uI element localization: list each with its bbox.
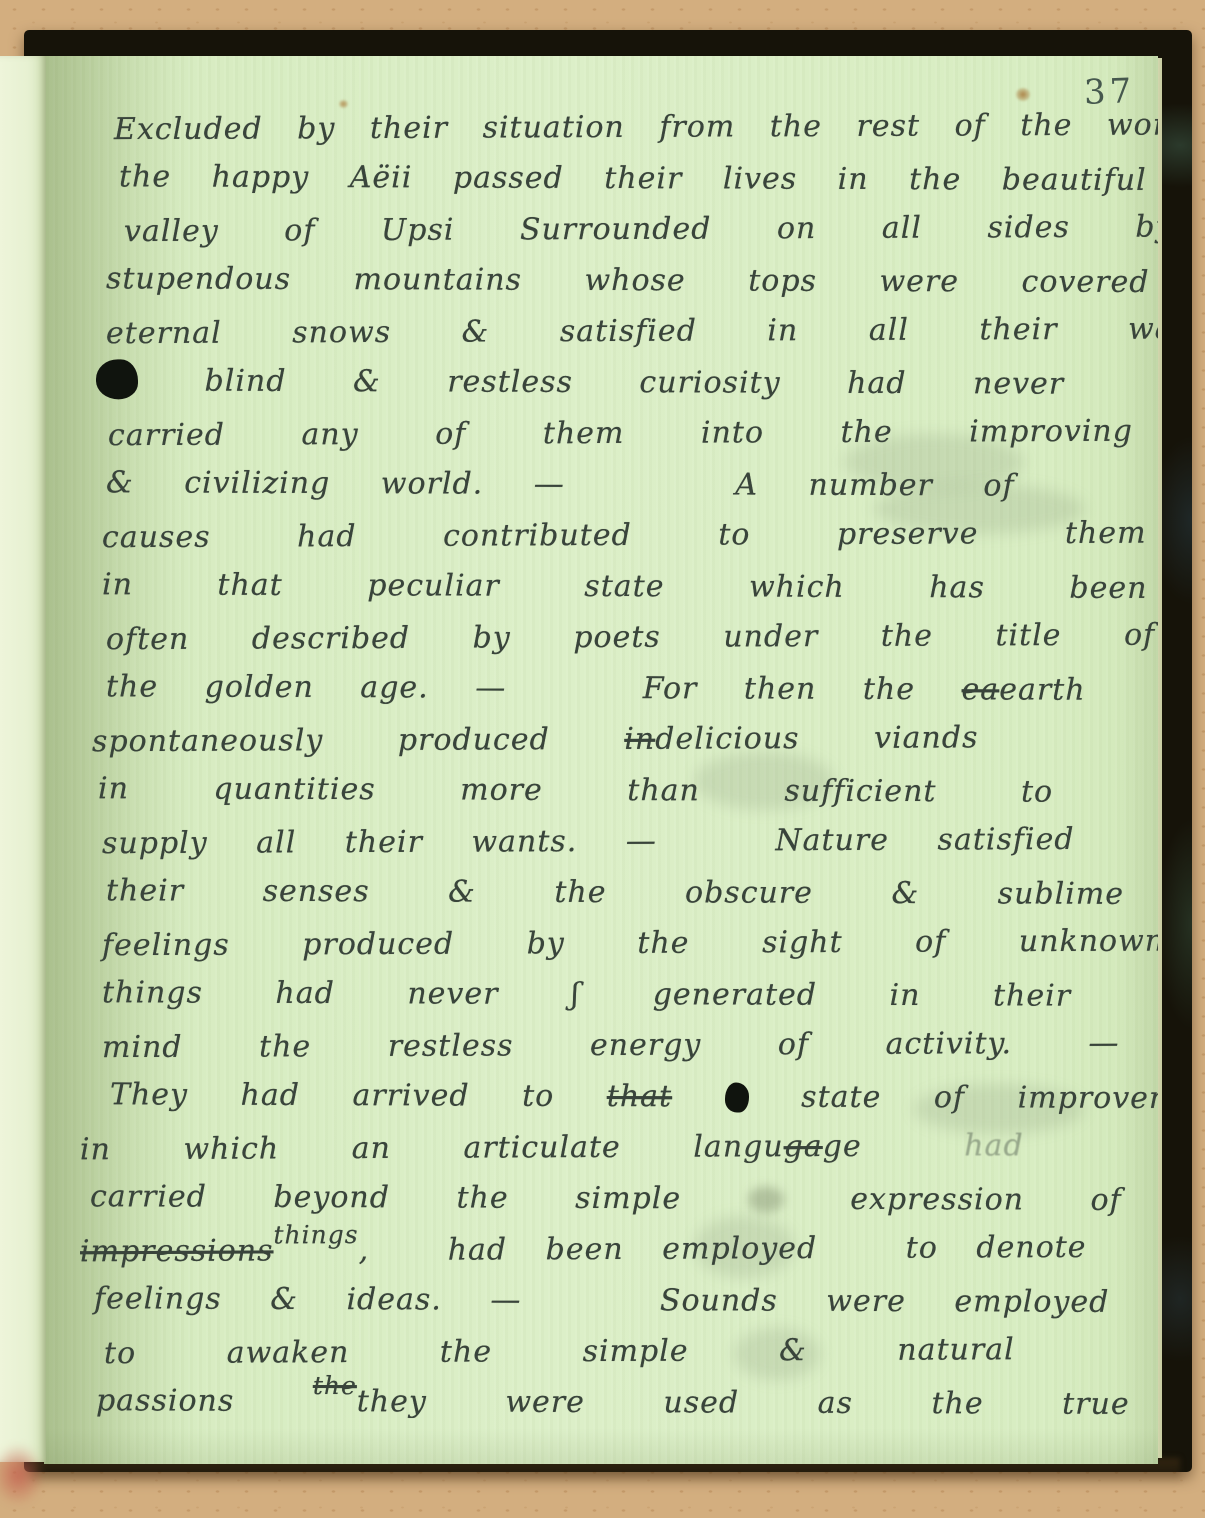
manuscript-segment: feelings produced by the sight of unknow… [102,924,1158,964]
manuscript-segment: For then the [643,671,915,707]
manuscript-segment: eternal snows & satisfied in all their w… [106,311,1158,351]
manuscript-line: blind & restless curiosity had never [44,355,1158,410]
manuscript-line: the golden age. — For then the eaearth [44,661,1158,716]
manuscript-segment: they [357,1384,427,1419]
manuscript-segment: had been employed [448,1231,818,1268]
manuscript-line: carried any of them into the improving [44,406,1158,462]
manuscript-line: feelings & ideas. — Sounds were employed [44,1273,1158,1328]
manuscript-segment: Excluded by their situation from the res… [114,107,1158,147]
manuscript-segment: & civilizing world. — [106,465,565,502]
manuscript-segment: spontaneously produced [92,722,550,759]
manuscript-line: feelings produced by the sight of unknow… [44,916,1158,972]
manuscript-segment: in that peculiar state which has been [102,567,1148,606]
manuscript-line: their senses & the obscure & sublime [44,865,1158,920]
manuscript-segment-blot [96,359,138,399]
manuscript-segment: often described by poets under the title… [106,618,1155,658]
manuscript-segment: Sounds were employed [660,1283,1110,1320]
manuscript-line: in that peculiar state which has been [44,559,1158,614]
manuscript-segment: in which an articulate [80,1130,621,1167]
manuscript-segment: things had never [102,975,499,1011]
blurred-foreground-object [0,1444,44,1506]
manuscript-segment: ʃ [571,977,580,1012]
manuscript-segment: delicious viands [655,720,978,756]
manuscript-line: Excluded by their situation from the res… [44,100,1158,156]
manuscript-line: passions thethey were used as the true [44,1375,1158,1430]
manuscript-line: & civilizing world. — A number of [44,457,1158,512]
manuscript-page: 37 Excluded by their situation from the … [44,56,1158,1464]
manuscript-segment: ge [823,1129,862,1164]
manuscript-segment: A number of [735,467,1014,503]
manuscript-line: causes had contributed to preserve them [44,508,1158,564]
manuscript-line: mind the restless energy of activity. — [44,1018,1158,1074]
manuscript-segment: causes had contributed to preserve them [102,516,1147,556]
manuscript-line: in which an articulate langugage had [44,1120,1158,1176]
manuscript-segment: in quantities more than sufficient to [98,771,1053,809]
manuscript-segment-faint: had [964,1128,1024,1163]
manuscript-segment-smudge [748,1187,784,1213]
manuscript-segment-strike: ea [962,672,1000,707]
manuscript-segment: mind the restless energy of activity. — [102,1026,1120,1065]
manuscript-segment: carried any of them into the improving [108,414,1133,453]
manuscript-segment: langu [693,1129,783,1164]
manuscript-line: stupendous mountains whose tops were cov… [44,253,1158,308]
manuscript-segment: , [359,1233,370,1268]
manuscript-segment: to denote [906,1230,1087,1266]
manuscript-segment: passions [96,1383,234,1418]
manuscript-segment: generated in their [653,977,1071,1013]
manuscript-segment: the happy Aëii passed their lives in the… [119,159,1147,198]
manuscript-line: carried beyond the simple expression of [44,1171,1158,1226]
manuscript-line: to awaken the simple & natural [44,1324,1158,1380]
manuscript-segment: stupendous mountains whose tops were cov… [106,261,1158,300]
manuscript-segment: earth [999,672,1085,707]
manuscript-segment: state of improvement [801,1080,1158,1116]
manuscript-segment-strike: impressions [80,1233,274,1269]
manuscript-segment-blot-small [725,1082,749,1112]
manuscript-segment-strike: in [624,722,655,757]
manuscript-segment-strike: that [607,1079,672,1114]
manuscript-segment: supply all their wants. — [102,824,657,861]
manuscript-segment-sup-strike: the [313,1376,357,1396]
page-number: 37 [1083,71,1136,113]
manuscript-segment: blind & restless curiosity had never [204,364,1064,402]
manuscript-line: things had never ʃ generated in their [44,967,1158,1022]
manuscript-line: in quantities more than sufficient to [44,763,1158,818]
desk-background: 37 Excluded by their situation from the … [0,0,1205,1518]
manuscript-segment-sup: things [273,1225,358,1245]
manuscript-segment: expression of [850,1182,1122,1218]
manuscript-segment: the golden age. — [106,669,506,705]
manuscript-line: the happy Aëii passed their lives in the… [44,151,1158,206]
manuscript-line: eternal snows & satisfied in all their w… [44,304,1158,360]
manuscript-segment: They had arrived to [110,1077,554,1114]
manuscript-segment: carried beyond the simple [90,1179,681,1216]
manuscript-line: impressionsthings, had been employed to … [44,1222,1158,1278]
manuscript-line: supply all their wants. — Nature satisfi… [44,814,1158,870]
manuscript-segment: valley of Upsi Surrounded on all sides b… [124,210,1158,250]
manuscript-segment: Nature satisfied [775,822,1074,858]
manuscript-segment: were used as the true [505,1385,1129,1422]
manuscript-line: They had arrived to that state of improv… [44,1069,1158,1124]
manuscript-line: spontaneously produced indelicious viand… [44,712,1158,768]
facing-page-edge [0,56,46,1462]
foxing-spot [1016,88,1030,101]
manuscript-segment-strike: ga [784,1129,823,1164]
manuscript-segment: to awaken the simple & natural [104,1332,1015,1371]
manuscript-segment: feelings & ideas. — [94,1281,522,1317]
manuscript-text: Excluded by their situation from the res… [44,102,1158,1428]
manuscript-line: valley of Upsi Surrounded on all sides b… [44,202,1158,258]
manuscript-segment: their senses & the obscure & sublime [106,873,1124,912]
manuscript-line: often described by poets under the title… [44,610,1158,666]
